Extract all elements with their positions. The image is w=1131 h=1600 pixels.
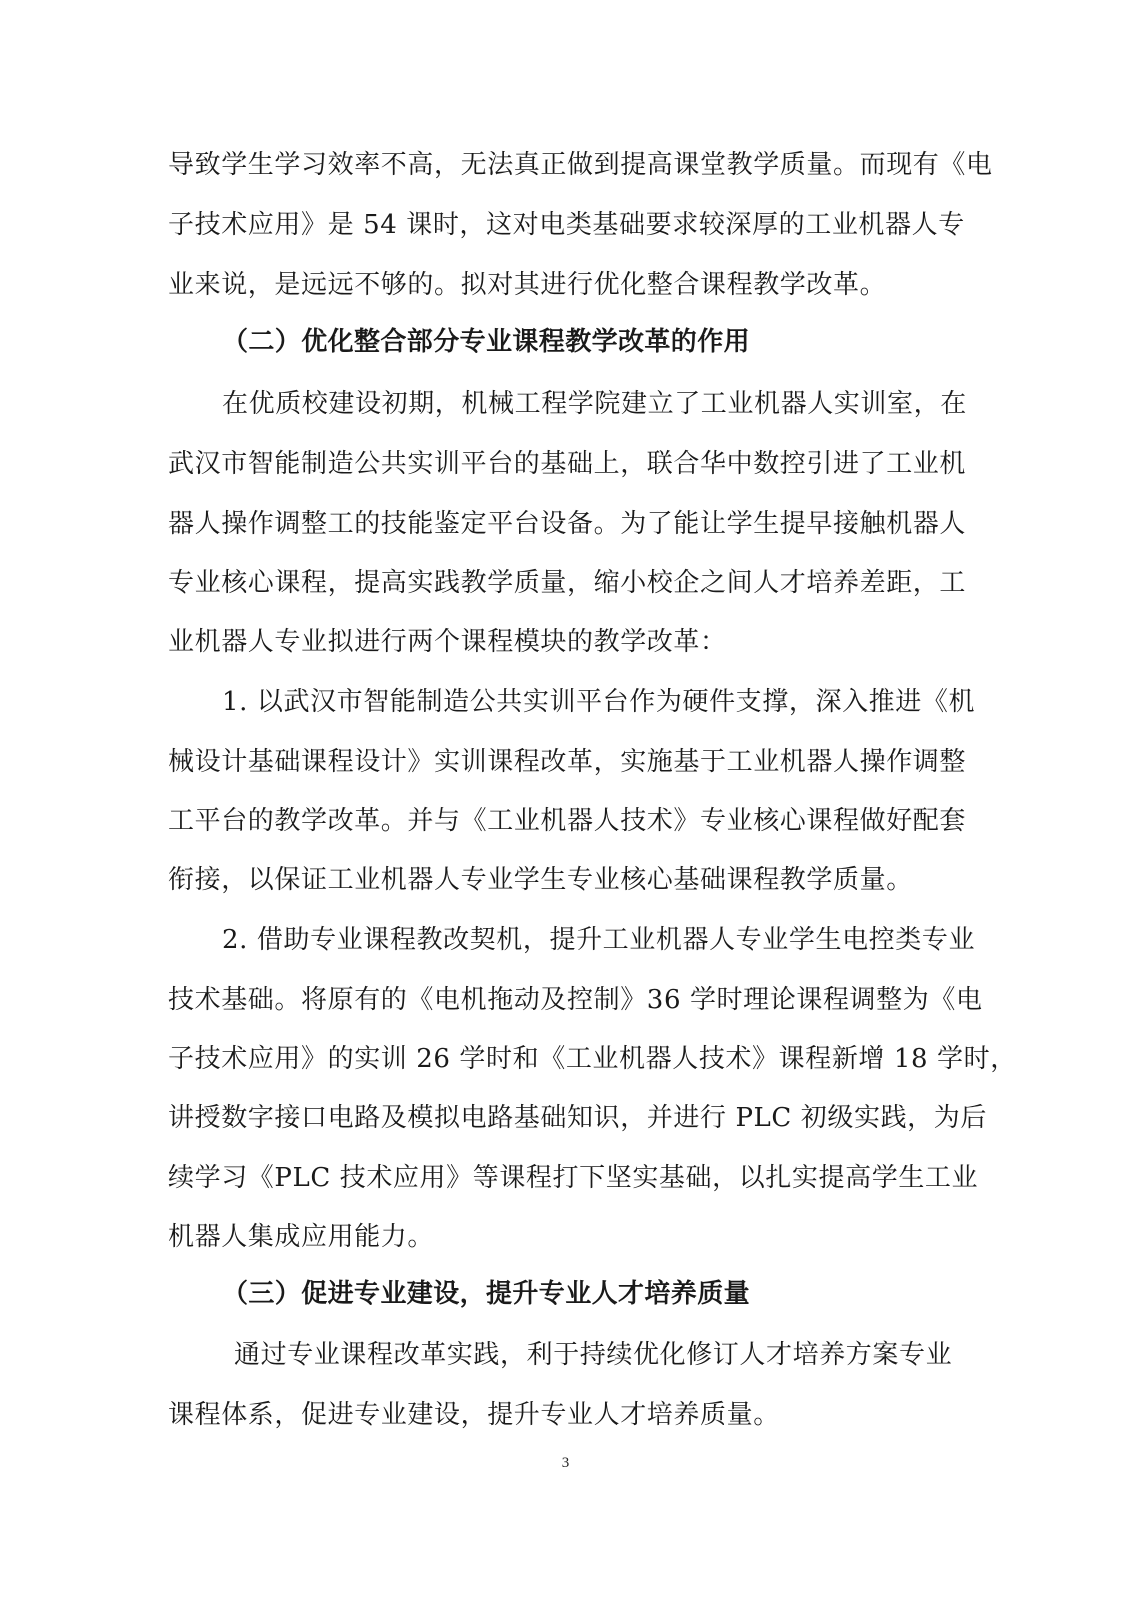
list-item-line: 工平台的教学改革。并与《工业机器人技术》专业核心课程做好配套 — [168, 804, 943, 838]
list-item-line: 机器人集成应用能力。 — [168, 1220, 943, 1254]
list-item-line: 讲授数字接口电路及模拟电路基础知识，并进行 PLC 初级实践，为后 — [168, 1101, 943, 1135]
paragraph-line: 业机器人专业拟进行两个课程模块的教学改革： — [168, 625, 943, 659]
list-item-line: 2. 借助专业课程教改契机，提升工业机器人专业学生电控类专业 — [222, 923, 943, 957]
paragraph-line: 课程体系，促进专业建设，提升专业人才培养质量。 — [168, 1398, 943, 1432]
paragraph-line: 专业核心课程，提高实践教学质量，缩小校企之间人才培养差距，工 — [168, 566, 943, 600]
list-item-line: 续学习《PLC 技术应用》等课程打下坚实基础，以扎实提高学生工业 — [168, 1161, 943, 1195]
list-item-line: 子技术应用》的实训 26 学时和《工业机器人技术》课程新增 18 学时， — [168, 1042, 943, 1076]
paragraph-line: 器人操作调整工的技能鉴定平台设备。为了能让学生提早接触机器人 — [168, 507, 943, 541]
section-heading: （三）促进专业建设，提升专业人才培养质量 — [222, 1277, 750, 1311]
paragraph-line: 在优质校建设初期，机械工程学院建立了工业机器人实训室，在 — [222, 387, 943, 421]
list-item-line: 衔接，以保证工业机器人专业学生专业核心基础课程教学质量。 — [168, 863, 943, 897]
paragraph-line: 导致学生学习效率不高，无法真正做到提高课堂教学质量。而现有《电 — [168, 148, 943, 182]
section-heading: （二）优化整合部分专业课程教学改革的作用 — [222, 325, 750, 359]
list-item-line: 技术基础。将原有的《电机拖动及控制》36 学时理论课程调整为《电 — [168, 983, 943, 1017]
paragraph-line: 业来说，是远远不够的。拟对其进行优化整合课程教学改革。 — [168, 268, 943, 302]
paragraph-line: 子技术应用》是 54 课时，这对电类基础要求较深厚的工业机器人专 — [168, 208, 943, 242]
paragraph-line: 通过专业课程改革实践，利于持续优化修订人才培养方案专业 — [234, 1338, 943, 1372]
paragraph-line: 武汉市智能制造公共实训平台的基础上，联合华中数控引进了工业机 — [168, 447, 943, 481]
page-number: 3 — [0, 1455, 1131, 1472]
list-item-line: 械设计基础课程设计》实训课程改革，实施基于工业机器人操作调整 — [168, 745, 943, 779]
list-item-line: 1. 以武汉市智能制造公共实训平台作为硬件支撑，深入推进《机 — [222, 685, 943, 719]
document-page: 导致学生学习效率不高，无法真正做到提高课堂教学质量。而现有《电 子技术应用》是 … — [0, 0, 1131, 1600]
